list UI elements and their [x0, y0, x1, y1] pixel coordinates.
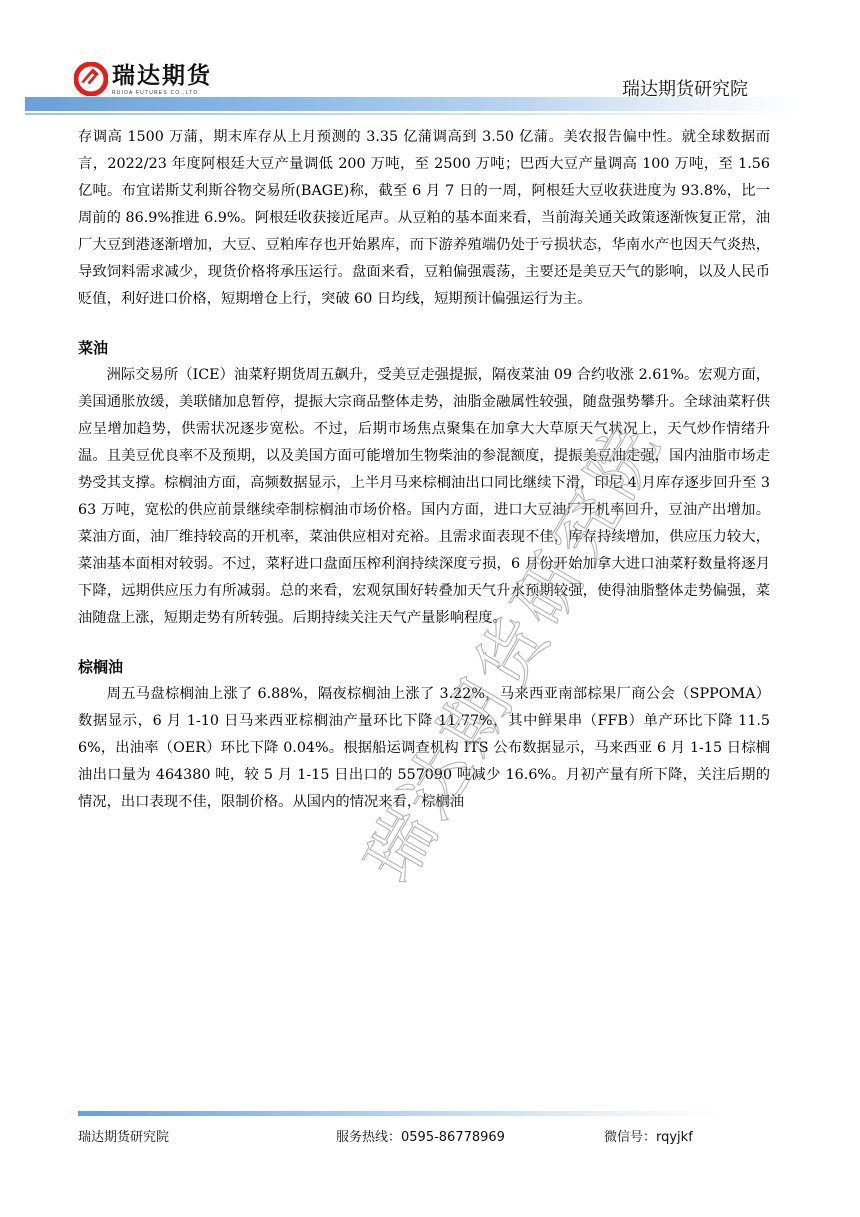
header-gradient-bar [25, 97, 800, 111]
logo-english-name: RUIDA FUTURES CO.,LTD. [112, 90, 212, 96]
ruida-logo-icon [74, 62, 108, 96]
page-footer: 瑞达期货研究院 服务热线：0595-86778969 微信号：rqyjkf [78, 1126, 778, 1146]
section-paragraph-rapeseed-oil: 洲际交易所（ICE）油菜籽期货周五飙升，受美豆走强提振，隔夜菜油 09 合约收涨… [78, 362, 770, 632]
document-body: 存调高 1500 万蒲，期末库存从上月预测的 3.35 亿蒲调高到 3.50 亿… [78, 124, 770, 816]
section-title-palm-oil: 棕榈油 [78, 654, 770, 681]
footer-hotline: 服务热线：0595-86778969 [336, 1126, 505, 1145]
section-title-rapeseed-oil: 菜油 [78, 335, 770, 362]
section-paragraph-palm-oil: 周五马盘棕榈油上涨了 6.88%，隔夜棕榈油上涨了 3.22%，马来西亚南部棕果… [78, 681, 770, 816]
page-header: 瑞达期货 RUIDA FUTURES CO.,LTD. 瑞达期货研究院 [0, 0, 860, 125]
header-divider [25, 113, 800, 115]
footer-gradient-bar [78, 1111, 723, 1116]
logo-chinese-name: 瑞达期货 [112, 63, 212, 89]
company-logo: 瑞达期货 RUIDA FUTURES CO.,LTD. [74, 62, 212, 96]
intro-paragraph: 存调高 1500 万蒲，期末库存从上月预测的 3.35 亿蒲调高到 3.50 亿… [78, 124, 770, 313]
footer-wechat: 微信号：rqyjkf [604, 1126, 693, 1145]
footer-institute: 瑞达期货研究院 [78, 1126, 169, 1145]
